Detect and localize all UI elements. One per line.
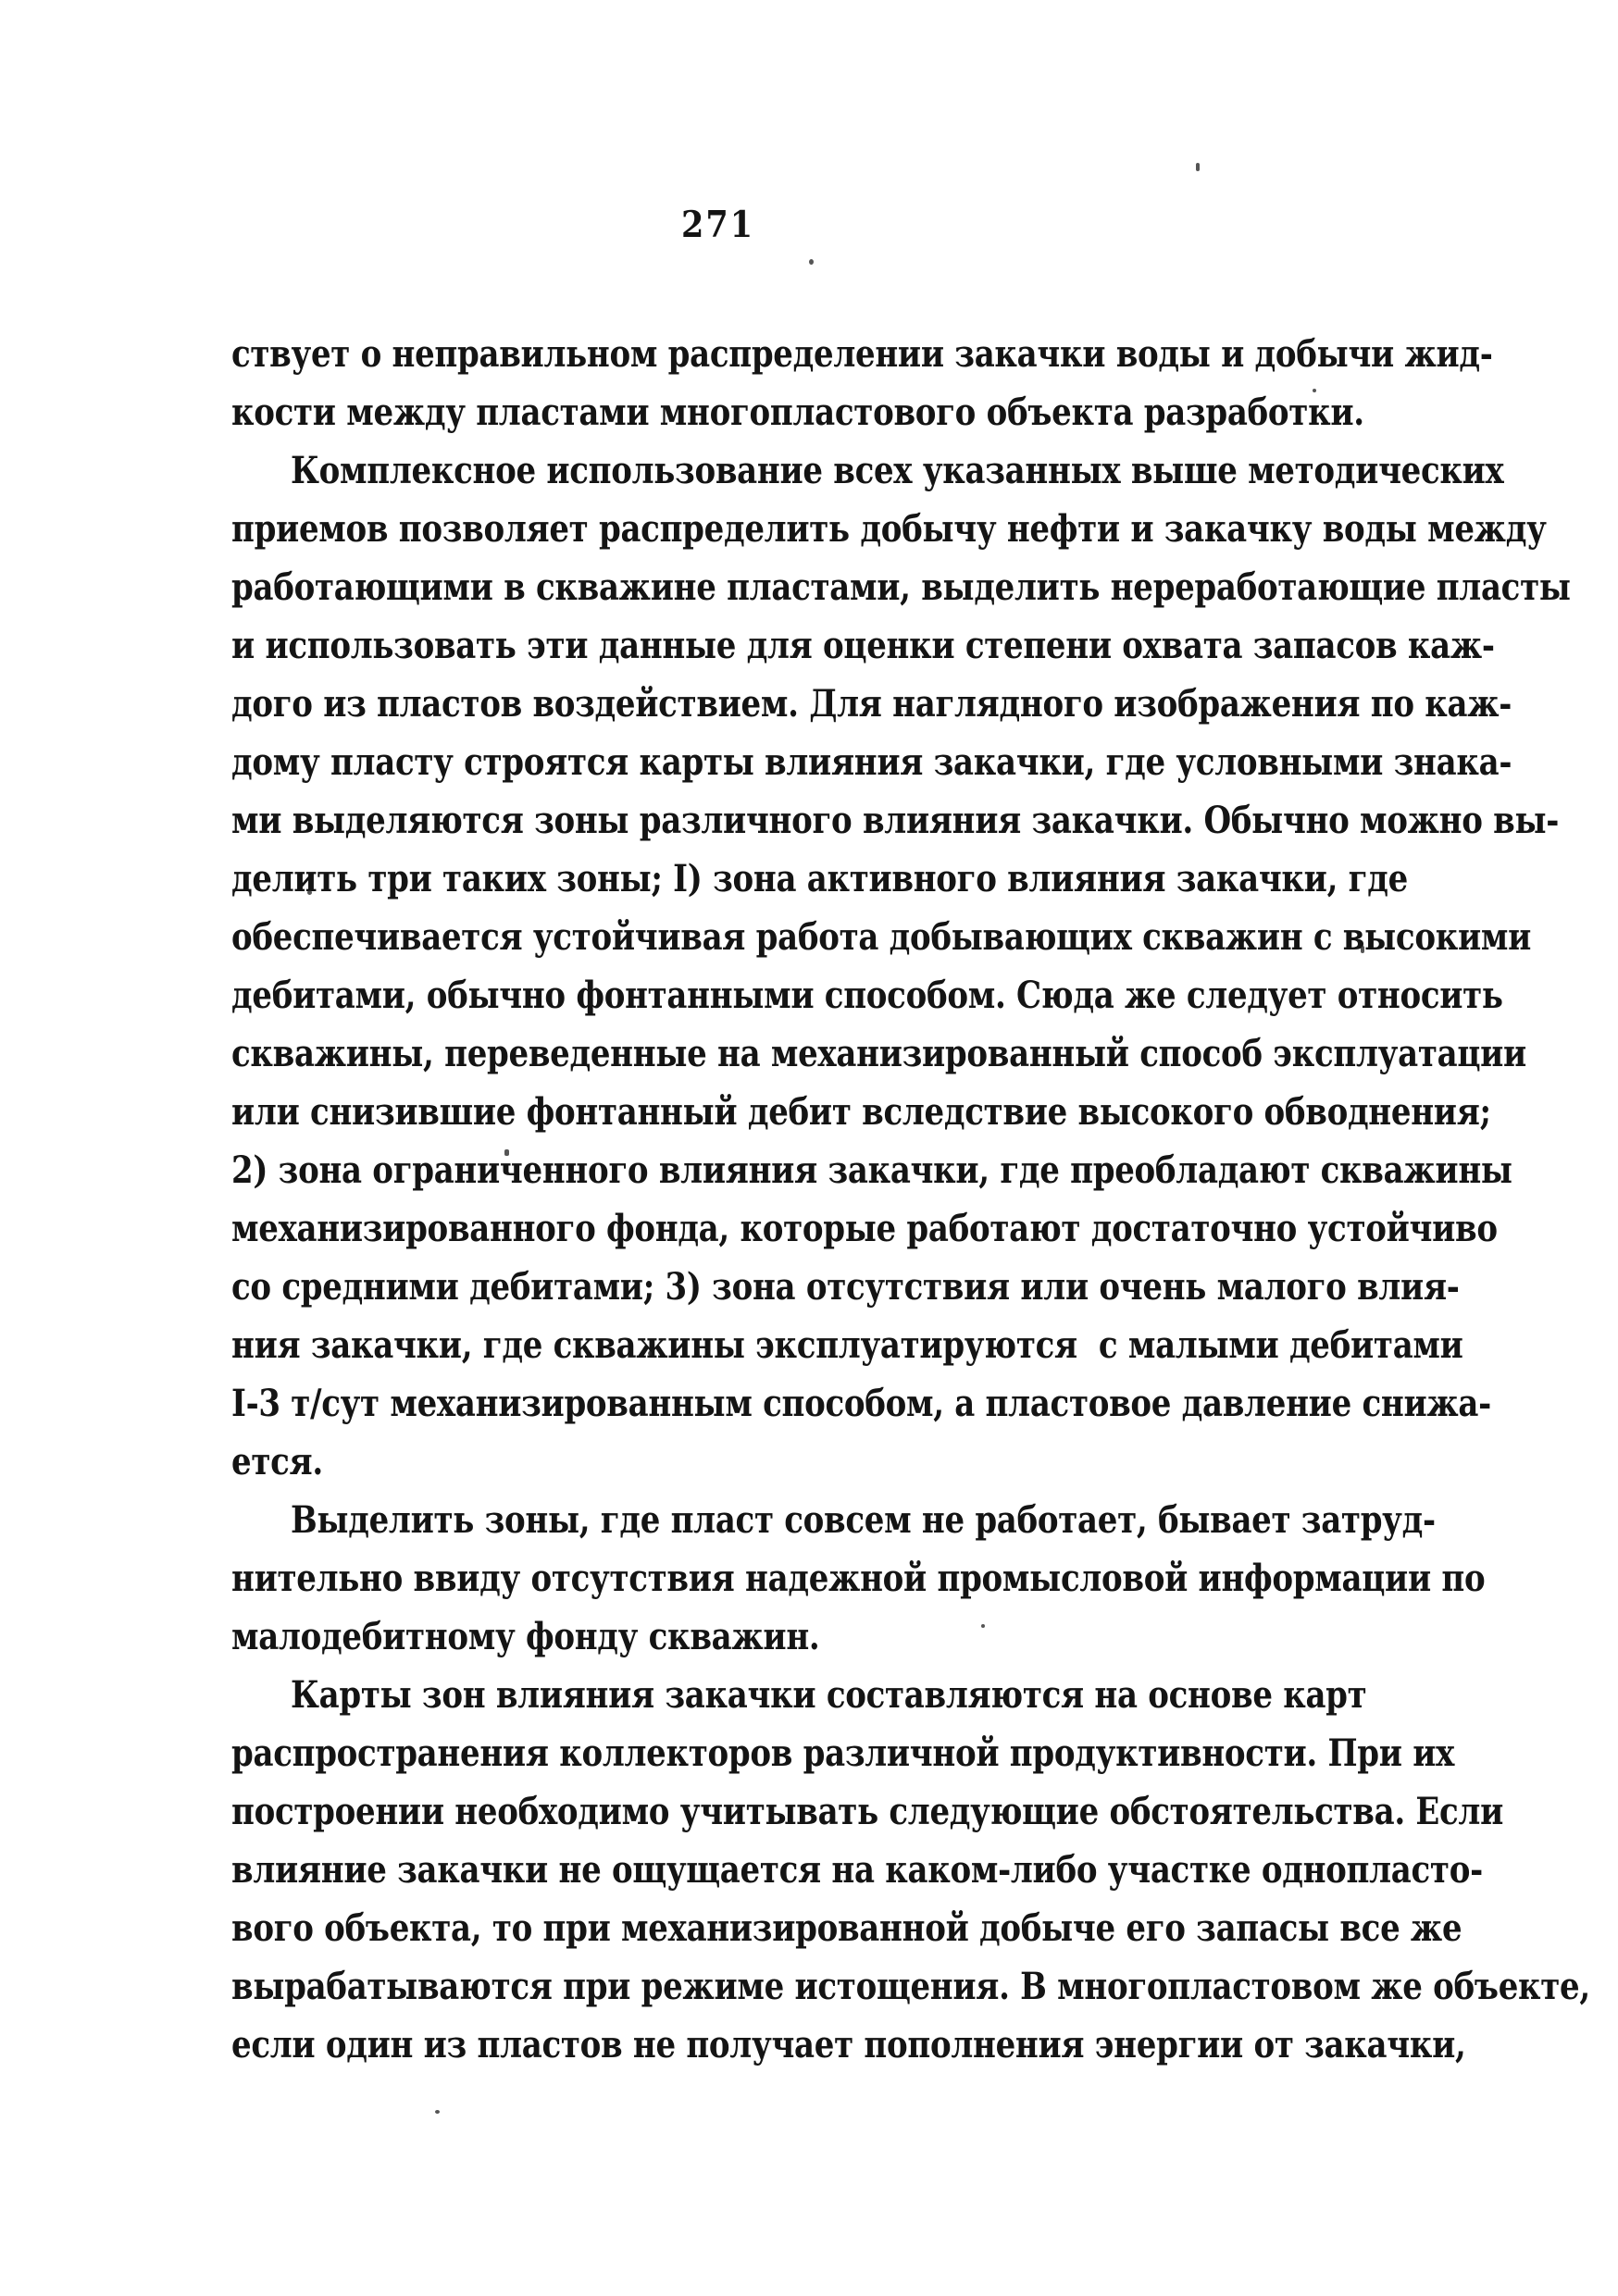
scan-speckle — [504, 1149, 509, 1156]
scan-speckle — [1196, 163, 1200, 171]
scan-speckle — [981, 1624, 985, 1628]
scan-speckle — [1361, 946, 1364, 953]
scan-speckle — [307, 890, 312, 895]
scan-speckle — [809, 259, 814, 265]
scan-speckle — [648, 1351, 652, 1356]
scanned-document-page: 271 ствует о неправильном распределении … — [0, 0, 1618, 2296]
scan-speckle — [435, 2110, 440, 2114]
text-line: если один из пластов не получает пополне… — [231, 2011, 1398, 2079]
page-number: 271 — [681, 204, 754, 246]
scan-speckle — [1313, 389, 1316, 392]
body-text: ствует о неправильном распределении зака… — [231, 326, 1398, 2075]
